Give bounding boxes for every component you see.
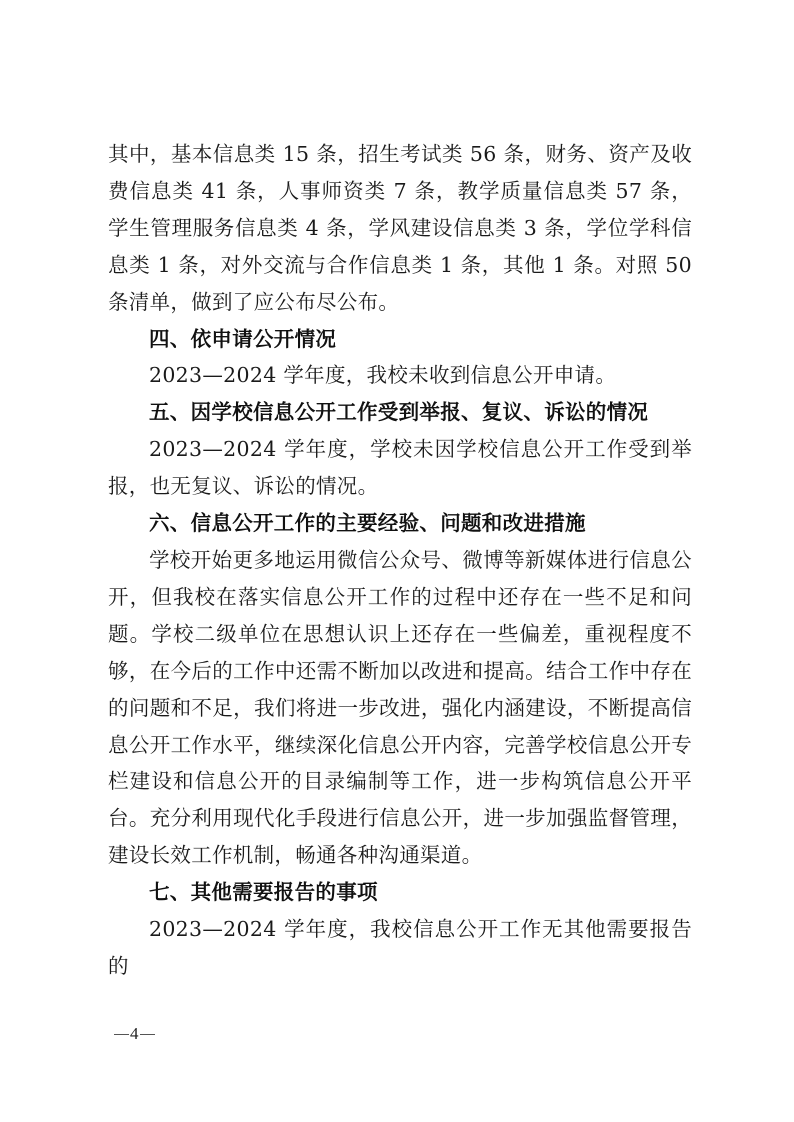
- page-number-dash-right: [140, 1034, 155, 1035]
- page-number-dash-left: [114, 1034, 129, 1035]
- document-body: 其中，基本信息类 15 条，招生考试类 56 条，财务、资产及收费信息类 41 …: [108, 136, 692, 985]
- heading-section-6: 六、信息公开工作的主要经验、问题和改进措施: [108, 505, 692, 542]
- heading-section-7: 七、其他需要报告的事项: [108, 874, 692, 911]
- heading-section-4: 四、依申请公开情况: [108, 321, 692, 358]
- paragraph-section-6: 学校开始更多地运用微信公众号、微博等新媒体进行信息公开，但我校在落实信息公开工作…: [108, 542, 692, 874]
- page-number: 4: [114, 1024, 155, 1044]
- heading-section-5: 五、因学校信息公开工作受到举报、复议、诉讼的情况: [108, 394, 692, 431]
- page-number-value: 4: [129, 1024, 140, 1044]
- paragraph-disclosure-counts: 其中，基本信息类 15 条，招生考试类 56 条，财务、资产及收费信息类 41 …: [108, 136, 692, 321]
- paragraph-section-4: 2023—2024 学年度，我校未收到信息公开申请。: [108, 357, 692, 394]
- paragraph-section-7: 2023—2024 学年度，我校信息公开工作无其他需要报告的: [108, 911, 692, 985]
- document-page: 其中，基本信息类 15 条，招生考试类 56 条，财务、资产及收费信息类 41 …: [0, 0, 794, 1122]
- paragraph-section-5: 2023—2024 学年度，学校未因学校信息公开工作受到举报，也无复议、诉讼的情…: [108, 431, 692, 505]
